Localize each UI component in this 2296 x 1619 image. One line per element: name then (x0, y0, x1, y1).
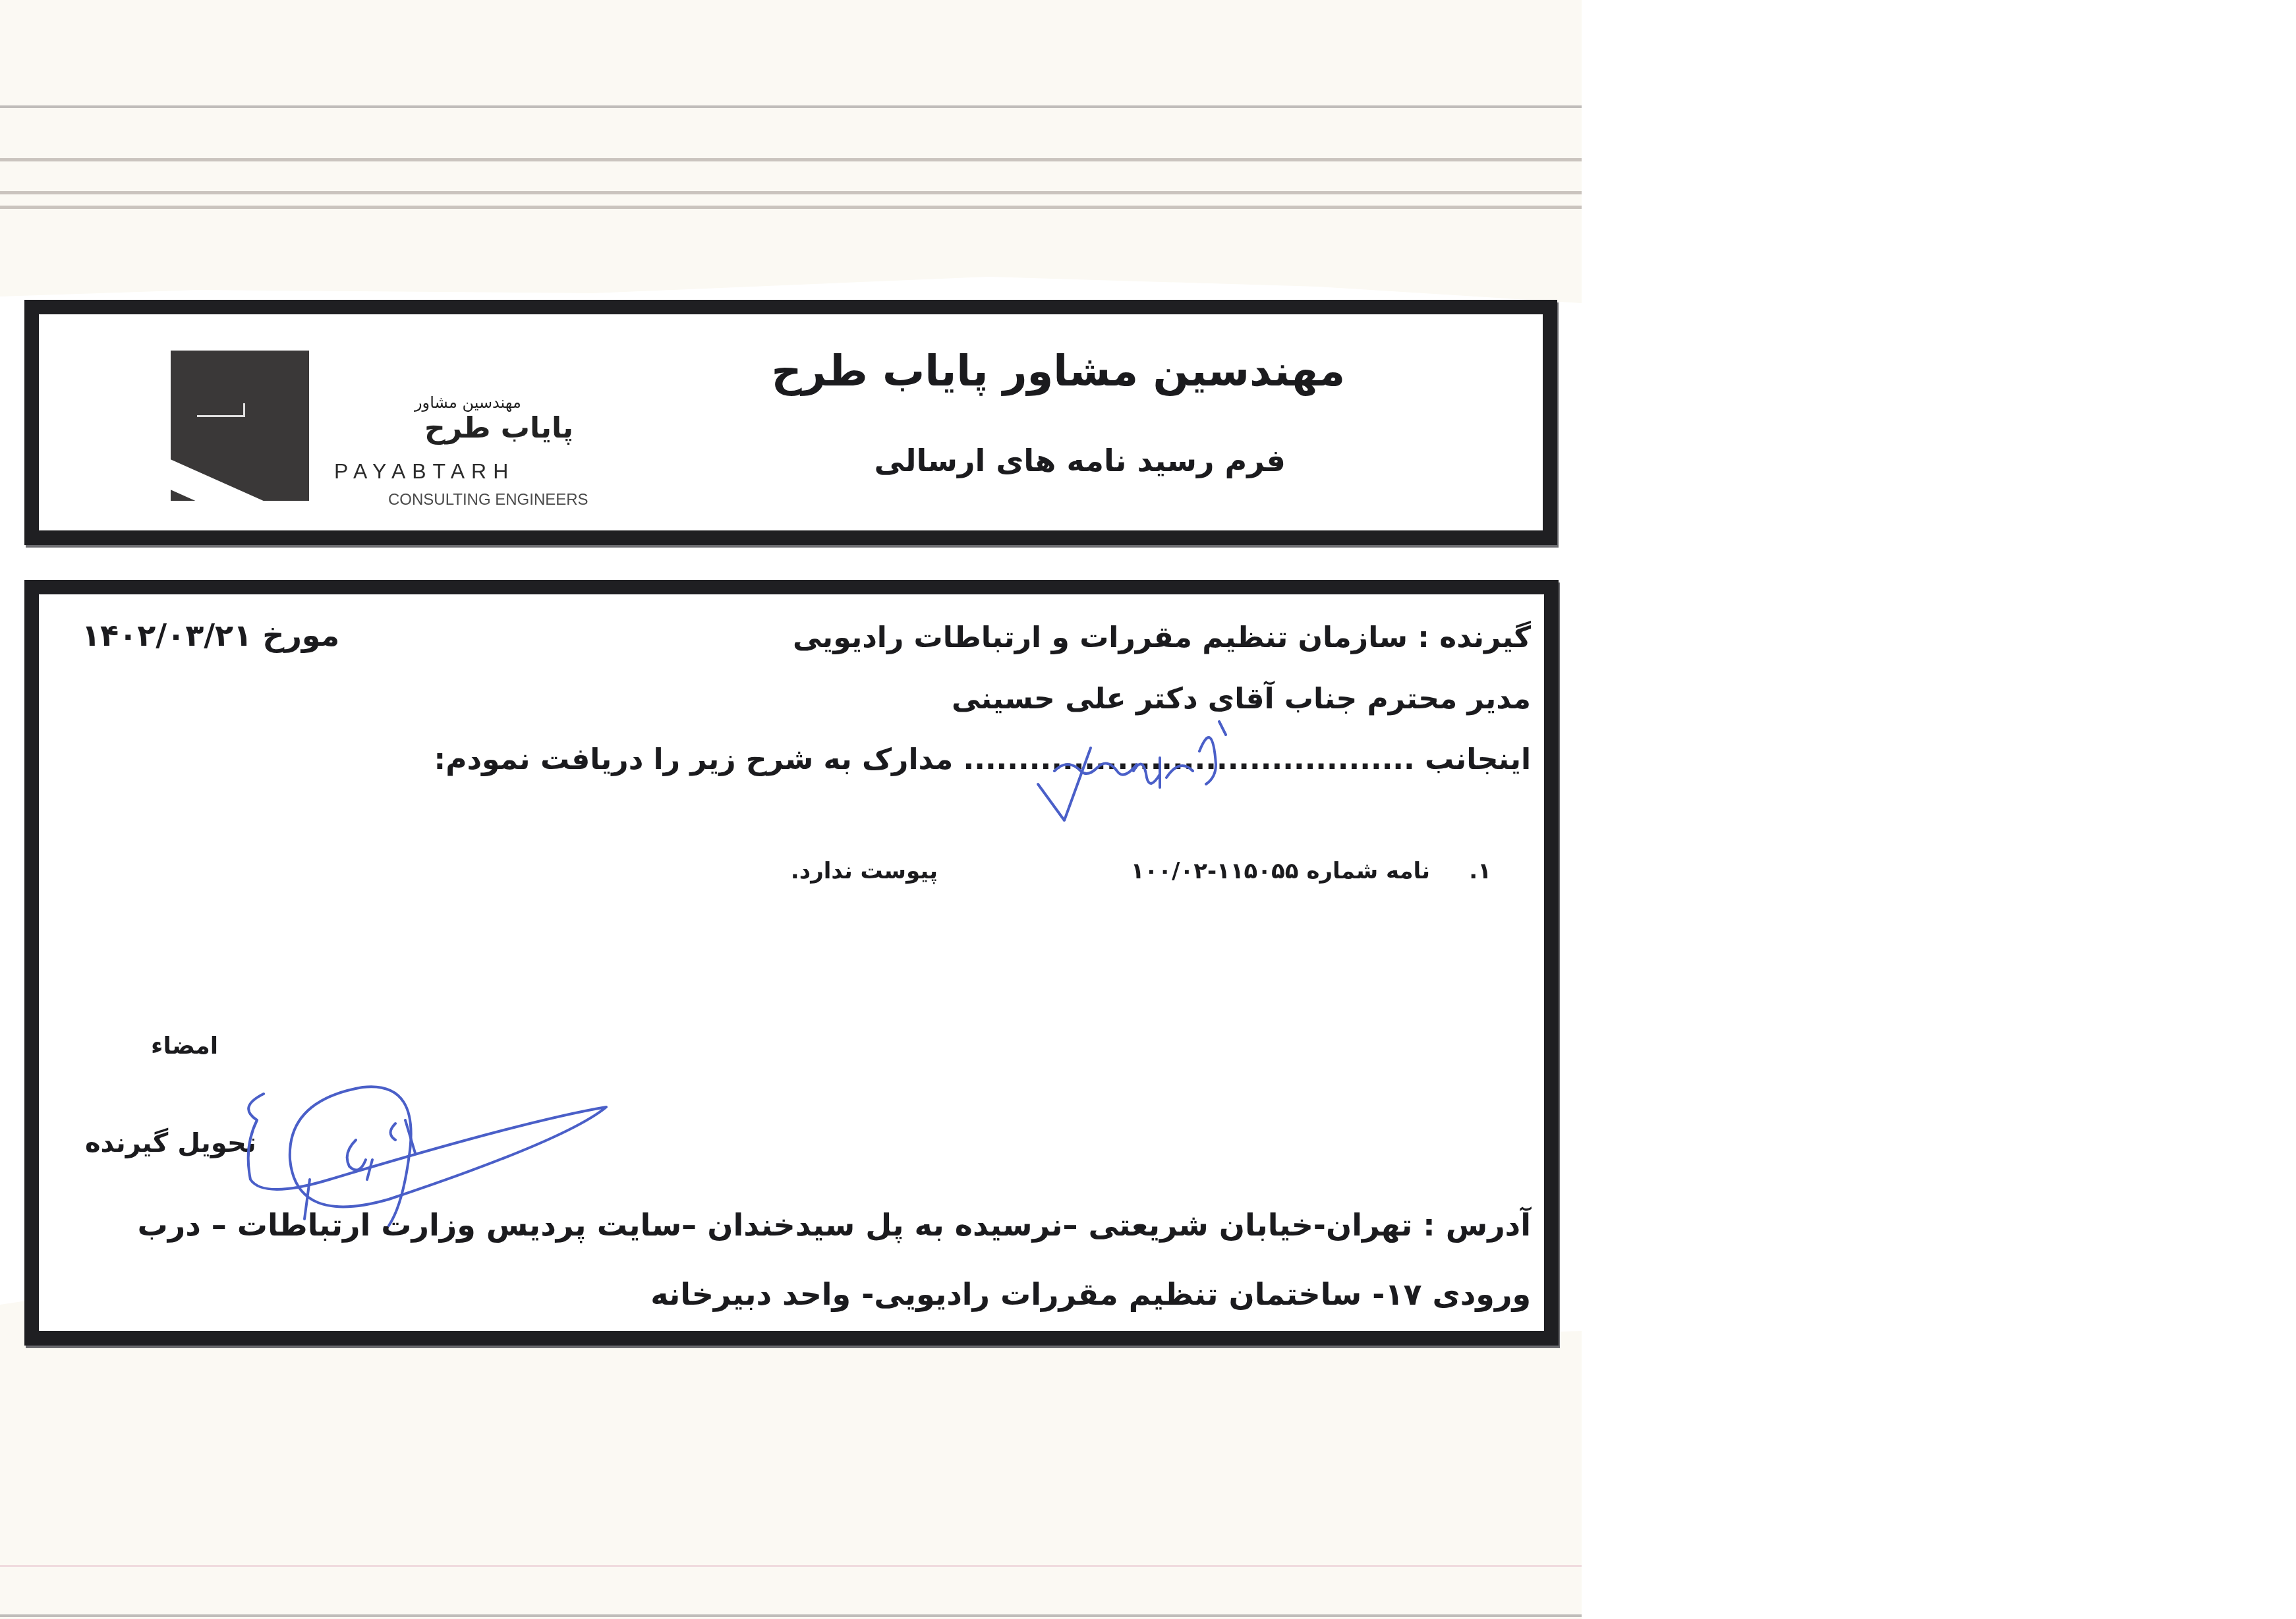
logo-mark-icon (171, 351, 309, 501)
delivery-recipient-label: تحویل گیرنده (85, 1128, 256, 1158)
company-logo: مهندسین مشاور پایاب طرح PAYABTARH CONSUL… (171, 351, 645, 509)
list-item-note: پیوست ندارد. (791, 858, 938, 884)
logo-stripe (171, 451, 309, 501)
scan-artifact-line (0, 1614, 1582, 1617)
scan-artifact-line (0, 206, 1582, 209)
logo-fa-name: پایاب طرح (424, 411, 573, 445)
signature-label: امضاء (151, 1033, 218, 1060)
scan-artifact-line (0, 1565, 1582, 1567)
form-title: فرم رسید نامه های ارسالی (875, 443, 1286, 478)
date-label: مورخ ۱۴۰۲/۰۳/۲۱ (82, 617, 339, 653)
logo-en-name: PAYABTARH (334, 459, 515, 484)
logo-hook (197, 403, 245, 417)
logo-en-subtitle: CONSULTING ENGINEERS (388, 491, 588, 509)
salutation-line: مدیر محترم جناب آقای دکتر علی حسینی (952, 682, 1531, 716)
body-box: گیرنده : سازمان تنظیم مقررات و ارتباطات … (24, 580, 1559, 1346)
list-item: ۱. نامه شماره ۱۱۵۰۵۵-۱۰۰/۰۲ (1131, 858, 1491, 884)
address-line-1: آدرس : تهران-خیابان شریعتی –نرسیده به پل… (138, 1207, 1531, 1243)
receipt-statement: اینجانب ................................… (434, 743, 1531, 776)
scan-artifact-line (0, 105, 1582, 108)
list-item-text: نامه شماره ۱۱۵۰۵۵-۱۰۰/۰۲ (1131, 858, 1430, 884)
list-item-number: ۱. (1469, 858, 1491, 884)
company-title: مهندسین مشاور پایاب طرح (771, 347, 1345, 396)
logo-fa-subtitle: مهندسین مشاور (415, 393, 521, 412)
address-line-2: ورودی ۱۷- ساختمان تنظیم مقررات رادیویی- … (650, 1276, 1531, 1312)
scan-artifact-line (0, 191, 1582, 194)
header-box: مهندسین مشاور پایاب طرح PAYABTARH CONSUL… (24, 300, 1557, 545)
scan-artifact-line (0, 158, 1582, 161)
recipient-line: گیرنده : سازمان تنظیم مقررات و ارتباطات … (793, 621, 1531, 654)
